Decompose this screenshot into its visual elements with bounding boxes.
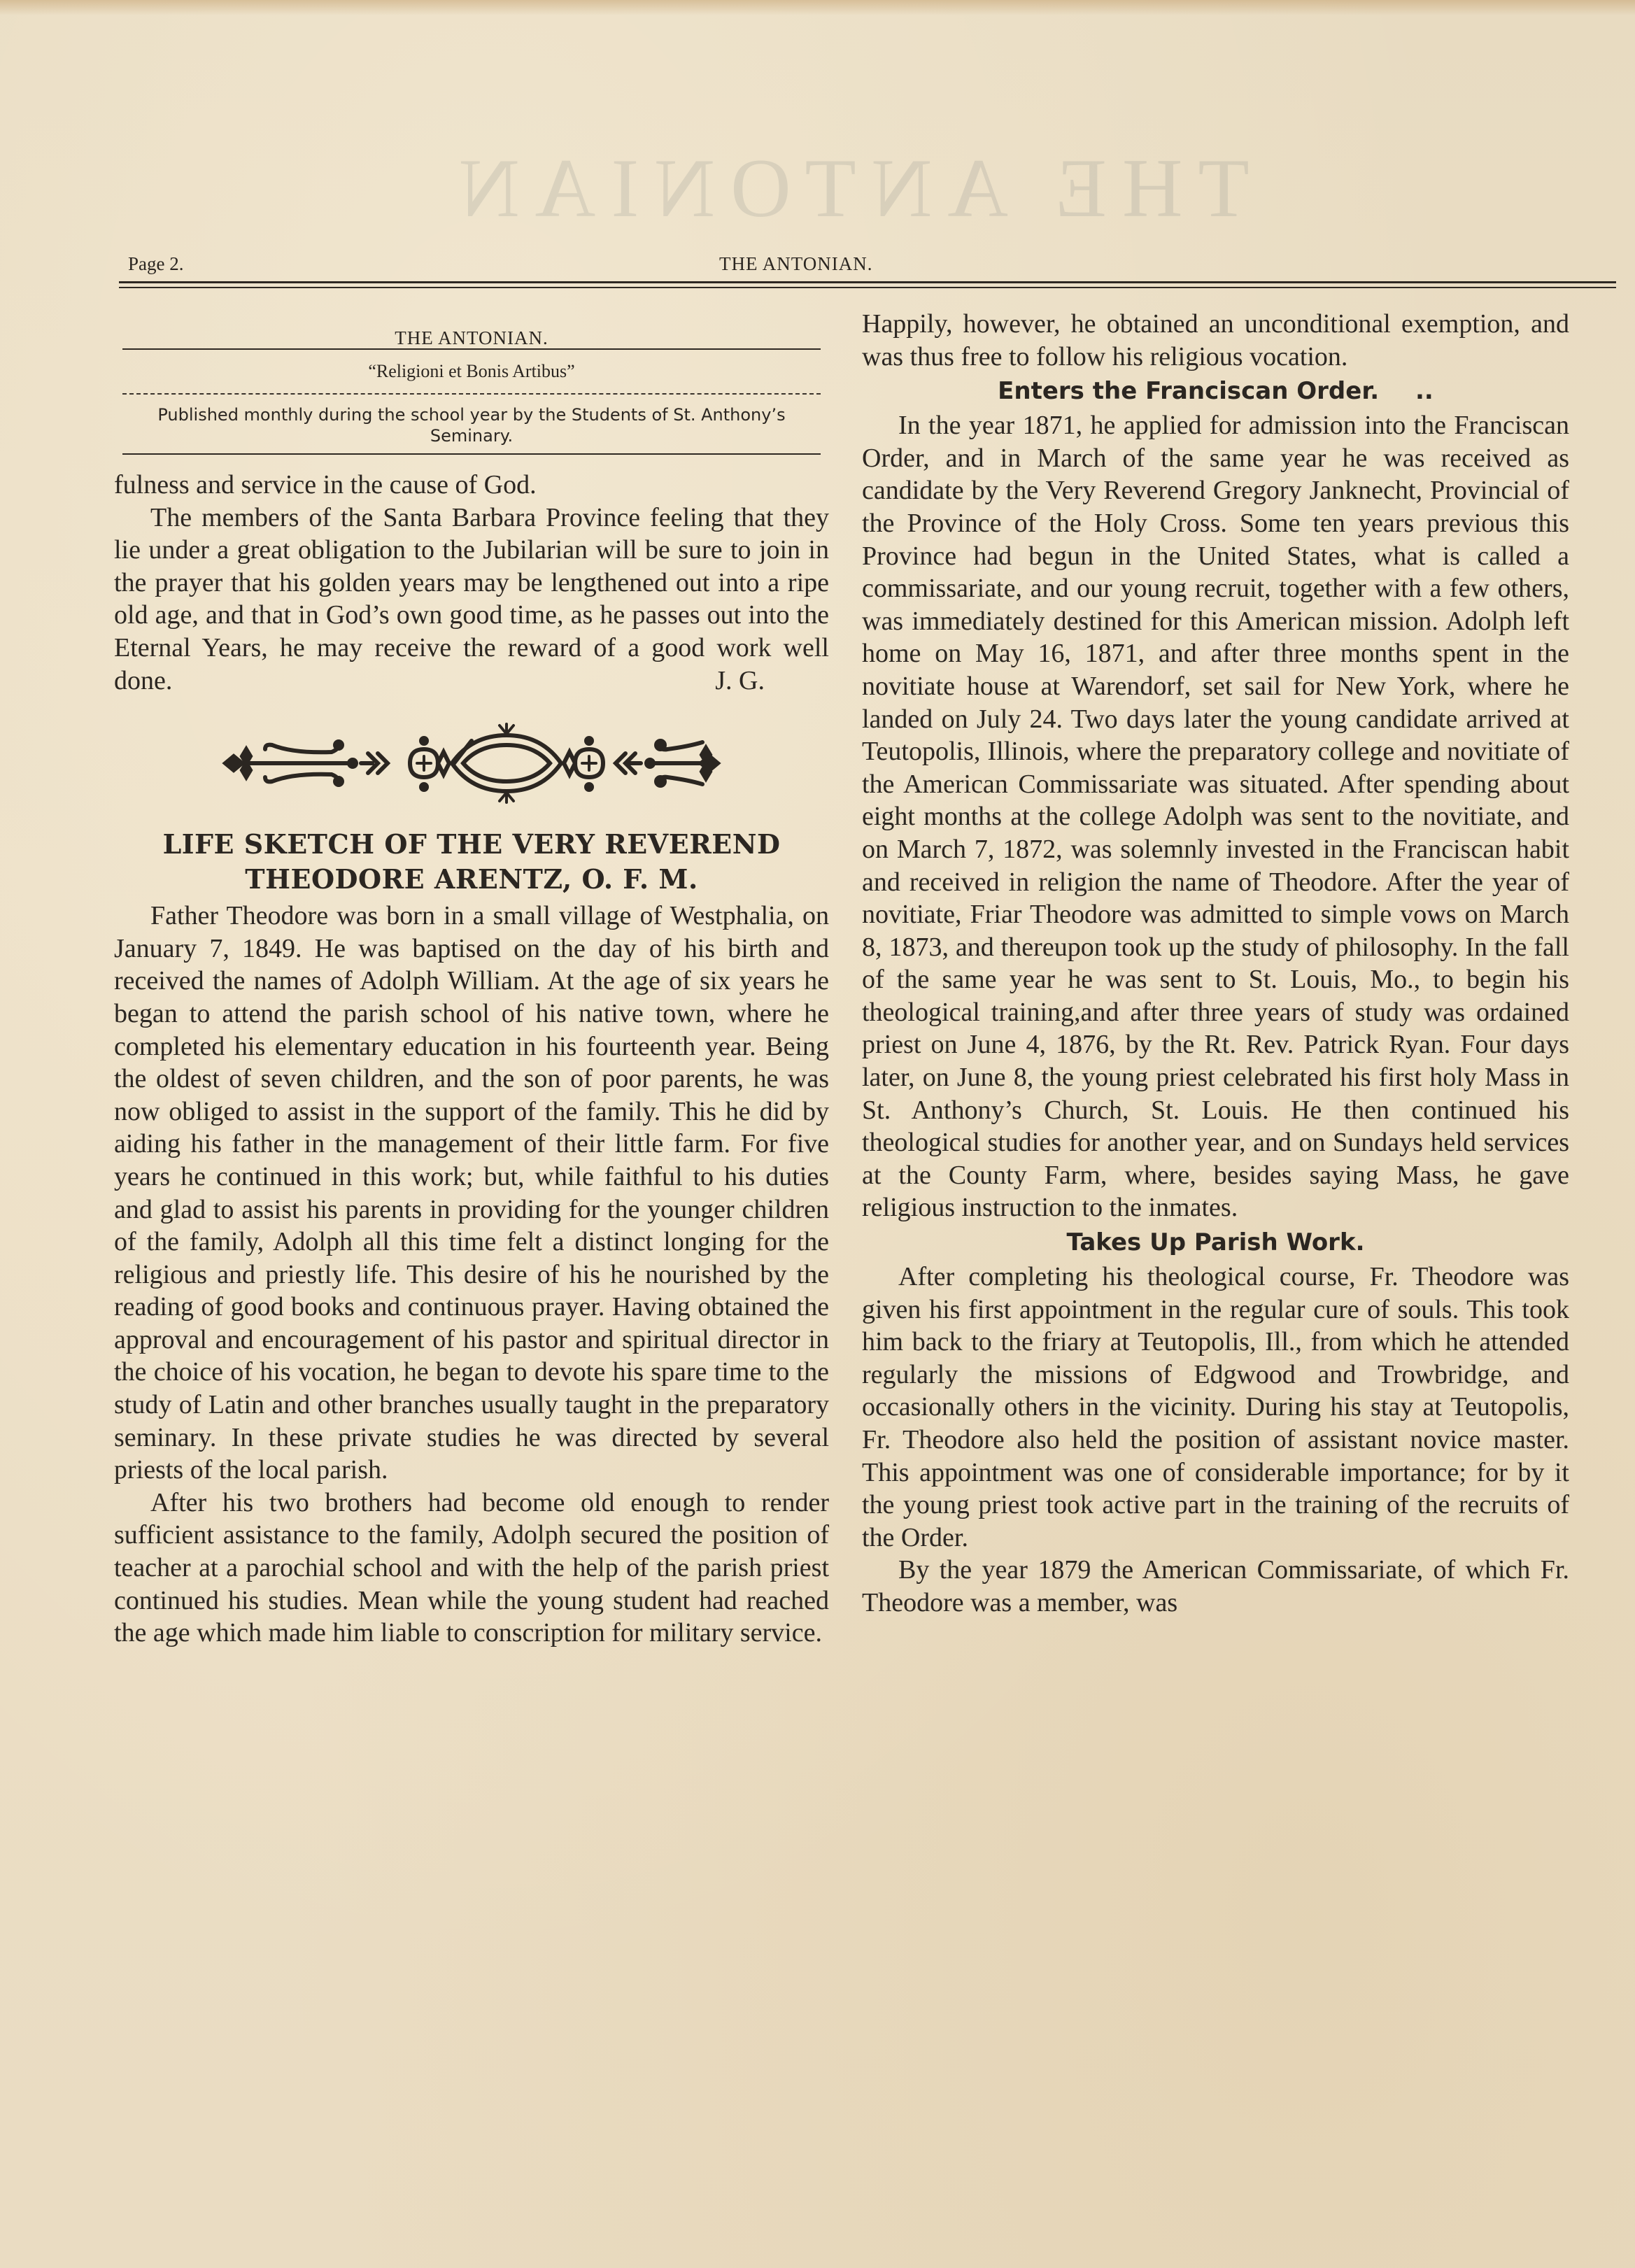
decorative-divider-icon xyxy=(114,723,829,800)
article-paragraph: After completing his theological course,… xyxy=(862,1261,1569,1554)
publisher-note: Published monthly during the school year… xyxy=(114,395,829,453)
right-column: Happily, however, he obtained an uncondi… xyxy=(862,308,1569,1620)
previous-article-paragraph: The members of the Santa Barbara Provinc… xyxy=(114,502,829,665)
signoff-line: done. J. G. xyxy=(114,665,829,697)
left-column: THE ANTONIAN. “Religioni et Bonis Artibu… xyxy=(114,308,829,1650)
last-word: done. xyxy=(114,665,172,697)
section-heading-text: Enters the Franciscan Order. xyxy=(998,377,1379,405)
article-paragraph: Father Theodore was born in a small vill… xyxy=(114,900,829,1487)
masthead-motto: “Religioni et Bonis Artibus” xyxy=(114,350,829,393)
running-title: THE ANTONIAN. xyxy=(719,253,872,275)
author-signature: J. G. xyxy=(715,665,765,697)
masthead-title: THE ANTONIAN. xyxy=(114,308,829,348)
masthead-box: THE ANTONIAN. “Religioni et Bonis Artibu… xyxy=(114,308,829,455)
continuation-paragraph: Happily, however, he obtained an uncondi… xyxy=(862,308,1569,373)
article-paragraph: By the year 1879 the American Commissari… xyxy=(862,1554,1569,1619)
article-title: LIFE SKETCH OF THE VERY REVEREND THEODOR… xyxy=(114,827,829,897)
bleed-through-title: THE ANTONIAN xyxy=(392,140,1301,236)
paper-stain xyxy=(0,0,1635,15)
article-paragraph: In the year 1871, he applied for admissi… xyxy=(862,409,1569,1224)
article-paragraph: After his two brothers had become old en… xyxy=(114,1487,829,1650)
running-head: Page 2. THE ANTONIAN. xyxy=(128,253,1615,281)
section-heading-franciscan-order: Enters the Franciscan Order. .. xyxy=(862,374,1569,408)
page-number: Page 2. xyxy=(128,253,183,275)
section-heading-marks: .. xyxy=(1415,377,1434,405)
article-title-line-1: LIFE SKETCH OF THE VERY REVEREND xyxy=(114,827,829,862)
header-rule xyxy=(119,281,1616,288)
scanned-page: THE ANTONIAN Page 2. THE ANTONIAN. THE A… xyxy=(0,0,1635,2268)
section-heading-parish-work: Takes Up Parish Work. xyxy=(862,1226,1569,1259)
previous-article-fragment: fulness and service in the cause of God. xyxy=(114,469,829,502)
article-title-line-2: THEODORE ARENTZ, O. F. M. xyxy=(114,862,829,897)
